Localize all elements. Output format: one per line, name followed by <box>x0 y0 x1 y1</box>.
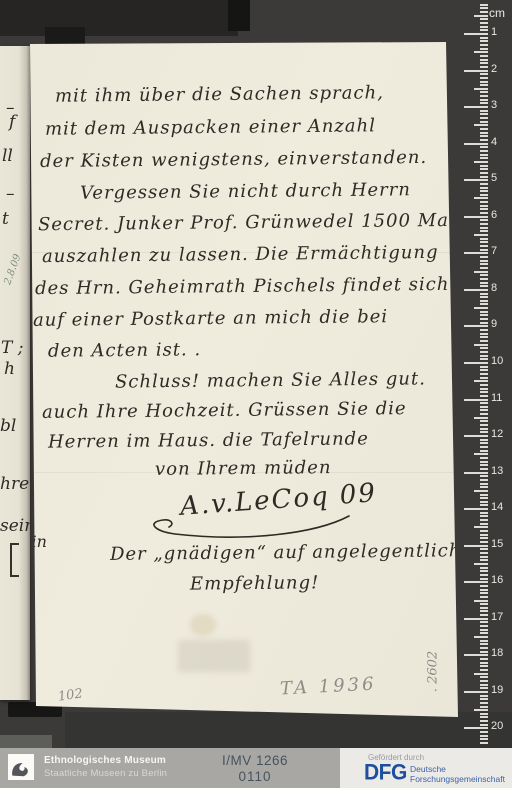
ruler-tick <box>480 687 488 689</box>
letter-line: auch Ihre Hochzeit. Grüssen Sie die <box>42 398 407 423</box>
inventory-id: I/MV 1266 <box>185 753 325 768</box>
ruler-number: 15 <box>491 538 511 550</box>
ruler-tick <box>480 208 488 210</box>
ruler-tick <box>480 402 488 404</box>
letter-line: mit dem Auspacken einer Anzahl <box>45 115 376 139</box>
ruler-tick <box>480 165 488 167</box>
ruler-tick <box>480 190 488 192</box>
museum-subtitle: Staatliche Museen zu Berlin <box>44 768 167 779</box>
ruler-number: 1 <box>491 26 511 38</box>
dfg-org-line1: Deutsche <box>410 764 505 774</box>
ruler-tick <box>474 490 488 492</box>
ruler-tick <box>480 77 488 79</box>
pencil-page-number: 102 <box>57 686 84 704</box>
ruler-tick <box>474 709 488 711</box>
ink-fragment: bl <box>0 416 16 436</box>
ink-fragment: f <box>9 112 15 132</box>
ruler-tick <box>480 596 488 598</box>
ruler-tick <box>480 4 488 6</box>
ruler-tick <box>480 132 488 134</box>
ruler-tick <box>464 143 488 145</box>
ruler-tick <box>480 658 488 660</box>
ruler-tick <box>480 702 488 704</box>
cm-ruler: cm 1234567891011121314151617181920 <box>460 0 512 748</box>
museum-name: Ethnologisches Museum <box>44 755 166 766</box>
ruler-number: 3 <box>491 99 511 111</box>
ruler-tick <box>480 358 488 360</box>
ruler-tick <box>480 504 488 506</box>
ruler-tick <box>480 409 488 411</box>
smb-wave-icon <box>8 754 34 780</box>
ruler-tick <box>480 632 488 634</box>
ruler-tick <box>480 7 488 9</box>
ruler-tick <box>474 234 488 236</box>
ruler-number: 6 <box>491 209 511 221</box>
ruler-tick <box>480 22 488 24</box>
ruler-tick <box>480 66 488 68</box>
ruler-tick <box>480 91 488 93</box>
ink-fragment: hrer <box>0 474 30 494</box>
ruler-tick <box>480 669 488 671</box>
ruler-tick <box>480 95 488 97</box>
mat-shadow-wedge <box>45 27 85 44</box>
ruler-tick <box>480 227 488 229</box>
ruler-tick <box>480 537 488 539</box>
ruler-tick <box>480 223 488 225</box>
scan-viewport: 2.8.09 –fll–tT ;hblhrersein mit ihm über… <box>0 0 512 788</box>
ruler-tick <box>480 556 488 558</box>
ruler-tick <box>480 11 488 13</box>
ruler-tick <box>480 391 488 393</box>
ruler-tick <box>480 18 488 20</box>
dfg-logo: DFG <box>364 760 407 785</box>
ruler-tick <box>480 431 488 433</box>
ruler-tick <box>480 534 488 536</box>
ruler-tick <box>480 512 488 514</box>
letter-line: Schluss! machen Sie Alles gut. <box>115 368 426 392</box>
ruler-tick <box>480 559 488 561</box>
ruler-tick <box>480 457 488 459</box>
ruler-tick <box>480 347 488 349</box>
mat-shadow-top <box>0 0 238 36</box>
ruler-tick <box>480 724 488 726</box>
ruler-tick <box>480 464 488 466</box>
ruler-tick <box>480 59 488 61</box>
ink-fragment: h <box>4 359 15 379</box>
ruler-number: 10 <box>491 355 511 367</box>
ruler-number: 5 <box>491 172 511 184</box>
ruler-tick <box>480 515 488 517</box>
ruler-tick <box>480 519 488 521</box>
ink-fragment: T ; <box>1 338 23 358</box>
signature-flourish <box>135 512 365 538</box>
ruler-number: 18 <box>491 647 511 659</box>
ruler-tick <box>480 625 488 627</box>
ruler-tick <box>480 62 488 64</box>
ruler-tick <box>480 610 488 612</box>
ruler-tick <box>480 643 488 645</box>
ruler-tick <box>464 472 488 474</box>
ruler-tick <box>480 314 488 316</box>
ruler-tick <box>480 172 488 174</box>
ruler-tick <box>480 336 488 338</box>
ruler-tick <box>480 607 488 609</box>
letter-line: von Ihrem müden <box>155 457 332 480</box>
ruler-tick <box>480 720 488 722</box>
ruler-number: 16 <box>491 574 511 586</box>
ruler-tick <box>480 187 488 189</box>
letter-line: mit ihm über die Sachen sprach, <box>55 82 384 106</box>
ruler-tick <box>480 322 488 324</box>
ruler-tick <box>480 183 488 185</box>
ruler-tick <box>464 33 488 35</box>
ruler-number: 13 <box>491 465 511 477</box>
letter-line: der Kisten wenigstens, einverstanden. <box>40 147 427 172</box>
ruler-tick <box>480 373 488 375</box>
ruler-tick <box>464 545 488 547</box>
ruler-tick <box>474 526 488 528</box>
ruler-tick <box>480 665 488 667</box>
ruler-tick <box>480 475 488 477</box>
ruler-tick <box>480 494 488 496</box>
ruler-tick <box>480 523 488 525</box>
ruler-tick <box>480 168 488 170</box>
ruler-tick <box>480 113 488 115</box>
ruler-tick <box>480 245 488 247</box>
letter-page: mit ihm über die Sachen sprach,mit dem A… <box>30 42 458 718</box>
ruler-tick <box>474 453 488 455</box>
ruler-tick <box>480 300 488 302</box>
ink-fragment: sein <box>0 516 30 536</box>
ruler-tick <box>464 106 488 108</box>
pencil-rotated-number: . 2602 <box>426 644 441 700</box>
ruler-tick <box>480 121 488 123</box>
ruler-tick <box>480 420 488 422</box>
ruler-number: 17 <box>491 611 511 623</box>
letter-line: Vergessen Sie nicht durch Herrn <box>80 179 411 203</box>
ruler-tick <box>464 325 488 327</box>
ruler-tick <box>480 340 488 342</box>
ruler-tick <box>480 570 488 572</box>
letter-line: des Hrn. Geheimrath Pischels findet sich <box>35 274 450 299</box>
mat-clip-tab <box>228 0 250 31</box>
letter-line: Der „gnädigen“ auf angelegentliche <box>110 540 473 565</box>
ruler-tick <box>474 51 488 53</box>
inventory-number: I/MV 1266 0110 <box>185 748 325 784</box>
ruler-tick <box>480 212 488 214</box>
pencil-smudge <box>178 640 250 672</box>
ruler-tick <box>474 380 488 382</box>
ruler-tick <box>464 179 488 181</box>
ruler-tick <box>474 124 488 126</box>
ruler-tick <box>480 479 488 481</box>
ruler-tick <box>480 446 488 448</box>
ink-fragment: ll <box>2 146 13 166</box>
ruler-tick <box>480 680 488 682</box>
ruler-tick <box>480 468 488 470</box>
ruler-tick <box>480 176 488 178</box>
ruler-tick <box>480 249 488 251</box>
ruler-tick <box>480 110 488 112</box>
ruler-tick <box>480 578 488 580</box>
ruler-tick <box>474 636 488 638</box>
ruler-tick <box>474 88 488 90</box>
ruler-tick <box>480 102 488 104</box>
ruler-tick <box>480 230 488 232</box>
ruler-tick <box>480 497 488 499</box>
ruler-tick <box>464 618 488 620</box>
ruler-tick <box>480 318 488 320</box>
ruler-tick <box>474 600 488 602</box>
footer-bar: Ethnologisches Museum Staatliche Museen … <box>0 748 512 788</box>
ruler-tick <box>464 727 488 729</box>
letter-line: Secret. Junker Prof. Grünwedel 1500 Mark <box>38 210 471 236</box>
ruler-tick <box>474 271 488 273</box>
ruler-tick <box>480 450 488 452</box>
ruler-tick <box>480 366 488 368</box>
ruler-tick <box>480 117 488 119</box>
ruler-tick <box>474 197 488 199</box>
ruler-tick <box>480 731 488 733</box>
ruler-tick <box>480 256 488 258</box>
ruler-number: 14 <box>491 501 511 513</box>
ruler-tick <box>480 293 488 295</box>
ruler-tick <box>480 263 488 265</box>
ruler-number: 20 <box>491 720 511 732</box>
ruler-tick <box>480 37 488 39</box>
ruler-tick <box>480 647 488 649</box>
pencil-date-note: 2.8.09 <box>2 253 23 287</box>
ruler-tick <box>480 355 488 357</box>
ruler-tick <box>480 662 488 664</box>
letter-line: auf einer Postkarte an mich die bei <box>33 306 388 331</box>
ruler-tick <box>474 673 488 675</box>
ruler-tick <box>464 508 488 510</box>
ruler-tick <box>480 483 488 485</box>
ruler-tick <box>480 676 488 678</box>
ruler-tick <box>480 44 488 46</box>
ruler-tick <box>480 274 488 276</box>
ruler-tick <box>480 329 488 331</box>
ruler-tick <box>480 541 488 543</box>
ruler-tick <box>474 15 488 17</box>
ruler-tick <box>480 333 488 335</box>
ruler-tick <box>480 486 488 488</box>
ruler-tick <box>480 282 488 284</box>
ruler-tick <box>464 289 488 291</box>
ruler-number: 2 <box>491 63 511 75</box>
ruler-tick <box>480 150 488 152</box>
ruler-tick <box>464 435 488 437</box>
ruler-number: 12 <box>491 428 511 440</box>
mat-shadow-bottom <box>65 712 512 748</box>
ruler-tick <box>480 706 488 708</box>
ruler-tick <box>480 395 488 397</box>
ruler-tick <box>480 99 488 101</box>
ruler-tick <box>480 592 488 594</box>
ruler-tick <box>480 157 488 159</box>
ruler-tick <box>480 351 488 353</box>
ruler-tick <box>480 640 488 642</box>
ruler-tick <box>480 552 488 554</box>
ruler-tick <box>474 563 488 565</box>
paper-stain <box>190 614 216 636</box>
ruler-tick <box>480 548 488 550</box>
ruler-number: 9 <box>491 318 511 330</box>
ruler-tick <box>480 29 488 31</box>
ruler-tick <box>480 742 488 744</box>
ruler-tick <box>480 267 488 269</box>
ruler-tick <box>480 369 488 371</box>
ruler-tick <box>480 201 488 203</box>
ruler-tick <box>474 161 488 163</box>
ink-fragment: t <box>2 209 9 229</box>
ruler-number: 8 <box>491 282 511 294</box>
ruler-tick <box>480 439 488 441</box>
ruler-number: 7 <box>491 245 511 257</box>
margin-ink-bracket <box>10 543 22 577</box>
ruler-tick <box>480 377 488 379</box>
ruler-tick <box>464 216 488 218</box>
dfg-org-name: Deutsche Forschungsgemeinschaft <box>410 764 505 784</box>
ruler-tick <box>474 307 488 309</box>
ruler-tick <box>464 362 488 364</box>
ruler-tick <box>480 585 488 587</box>
ruler-tick <box>464 654 488 656</box>
ruler-tick <box>480 241 488 243</box>
ruler-tick <box>480 621 488 623</box>
ruler-tick <box>474 417 488 419</box>
ruler-tick <box>480 461 488 463</box>
ruler-tick <box>480 260 488 262</box>
ruler-tick <box>480 139 488 141</box>
ruler-tick <box>480 574 488 576</box>
ruler-tick <box>480 530 488 532</box>
ruler-tick <box>480 589 488 591</box>
ruler-tick <box>480 567 488 569</box>
ruler-tick <box>480 695 488 697</box>
mat-edge-light <box>0 735 52 748</box>
ruler-tick <box>480 55 488 57</box>
ink-fragment: – <box>6 184 15 204</box>
ruler-tick <box>480 716 488 718</box>
ruler-tick <box>464 252 488 254</box>
dfg-org-line2: Forschungsgemeinschaft <box>410 774 505 784</box>
ruler-tick <box>480 413 488 415</box>
letter-line: Empfehlung! <box>190 572 320 594</box>
scan-page-number: 0110 <box>185 769 325 784</box>
ruler-tick <box>480 73 488 75</box>
ruler-tick <box>480 40 488 42</box>
ruler-tick <box>480 146 488 148</box>
ruler-tick <box>480 154 488 156</box>
ruler-tick <box>480 135 488 137</box>
pencil-archive-number: TA 1936 <box>280 673 378 699</box>
ruler-tick <box>480 311 488 313</box>
ruler-tick <box>480 651 488 653</box>
ruler-tick <box>464 399 488 401</box>
letter-line: auszahlen zu lassen. Die Ermächtigung <box>42 242 439 267</box>
ruler-tick <box>480 278 488 280</box>
ruler-tick <box>480 735 488 737</box>
ruler-tick <box>480 84 488 86</box>
ruler-tick <box>480 684 488 686</box>
ruler-tick <box>480 205 488 207</box>
ruler-tick <box>480 128 488 130</box>
ruler-tick <box>464 691 488 693</box>
ruler-tick <box>480 296 488 298</box>
letter-line: Herren im Haus. die Tafelrunde <box>48 428 369 452</box>
ruler-tick <box>480 713 488 715</box>
ruler-tick <box>480 303 488 305</box>
letter-line: den Acten ist. . <box>48 339 201 362</box>
ruler-number: 11 <box>491 392 511 404</box>
ruler-tick <box>480 194 488 196</box>
facing-page-edge: 2.8.09 –fll–tT ;hblhrersein <box>0 46 30 700</box>
ruler-tick <box>474 344 488 346</box>
ruler-tick <box>464 70 488 72</box>
ruler-tick <box>480 603 488 605</box>
ruler-tick <box>480 219 488 221</box>
ruler-number: 19 <box>491 684 511 696</box>
ruler-tick <box>480 698 488 700</box>
ruler-tick <box>464 581 488 583</box>
ruler-tick <box>480 388 488 390</box>
ruler-tick <box>480 81 488 83</box>
ruler-tick <box>480 26 488 28</box>
ruler-tick <box>480 384 488 386</box>
ruler-tick <box>480 406 488 408</box>
ruler-unit-label: cm <box>489 6 505 20</box>
ruler-tick <box>480 629 488 631</box>
ruler-tick <box>480 285 488 287</box>
ruler-number: 4 <box>491 136 511 148</box>
ruler-tick <box>480 238 488 240</box>
ruler-tick <box>480 428 488 430</box>
ruler-tick <box>480 614 488 616</box>
ruler-tick <box>480 501 488 503</box>
ruler-tick <box>480 738 488 740</box>
ruler-tick <box>480 424 488 426</box>
ruler-tick <box>480 442 488 444</box>
ruler-tick <box>480 48 488 50</box>
